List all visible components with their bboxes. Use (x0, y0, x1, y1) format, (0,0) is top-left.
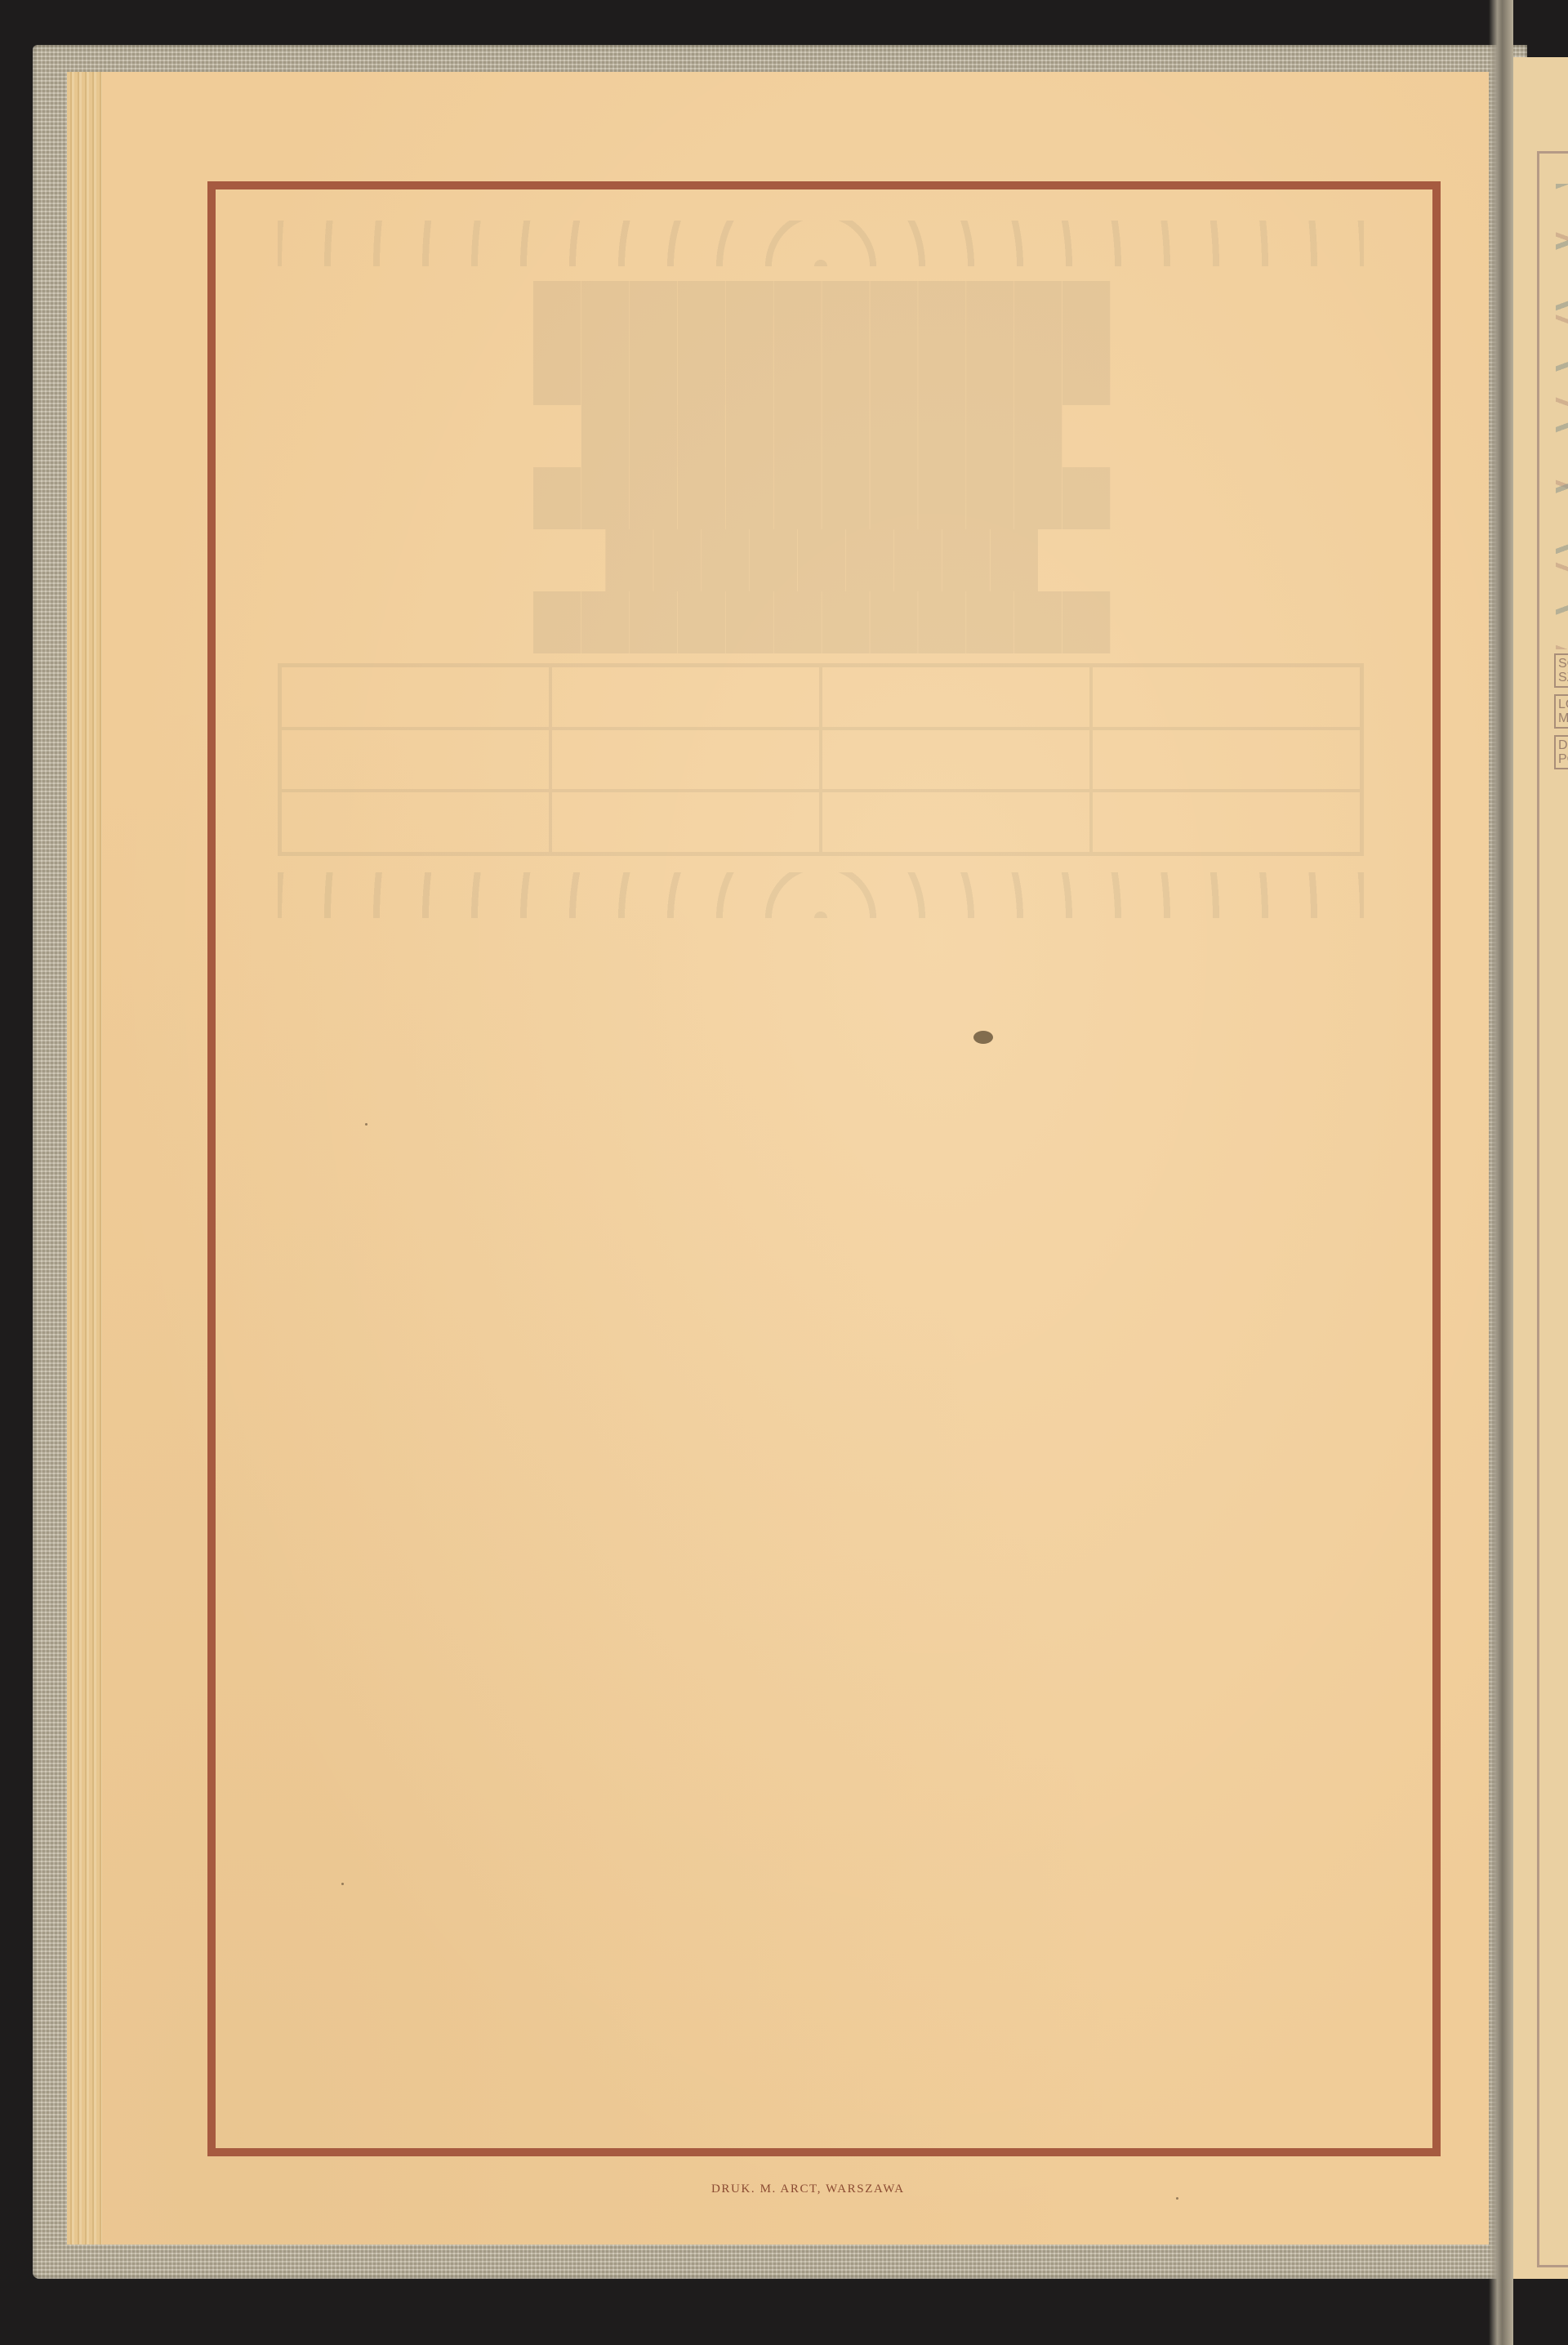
facing-box: DI PO (1554, 735, 1568, 769)
page-border-frame (207, 181, 1441, 2156)
facing-page-boxes: SCH SZK LO MI DI PO (1554, 653, 1568, 769)
imprint-text: DRUK. M. ARCT, WARSZAWA (711, 2182, 905, 2196)
paper-speck (365, 1123, 367, 1126)
paper-spot (973, 1031, 993, 1044)
facing-box: LO MI (1554, 694, 1568, 729)
paper-speck (341, 1883, 344, 1885)
facing-box: SCH SZK (1554, 653, 1568, 688)
facing-page-ornament (1556, 184, 1568, 649)
paper-speck (1176, 2197, 1178, 2200)
book-gutter (1489, 0, 1513, 2345)
